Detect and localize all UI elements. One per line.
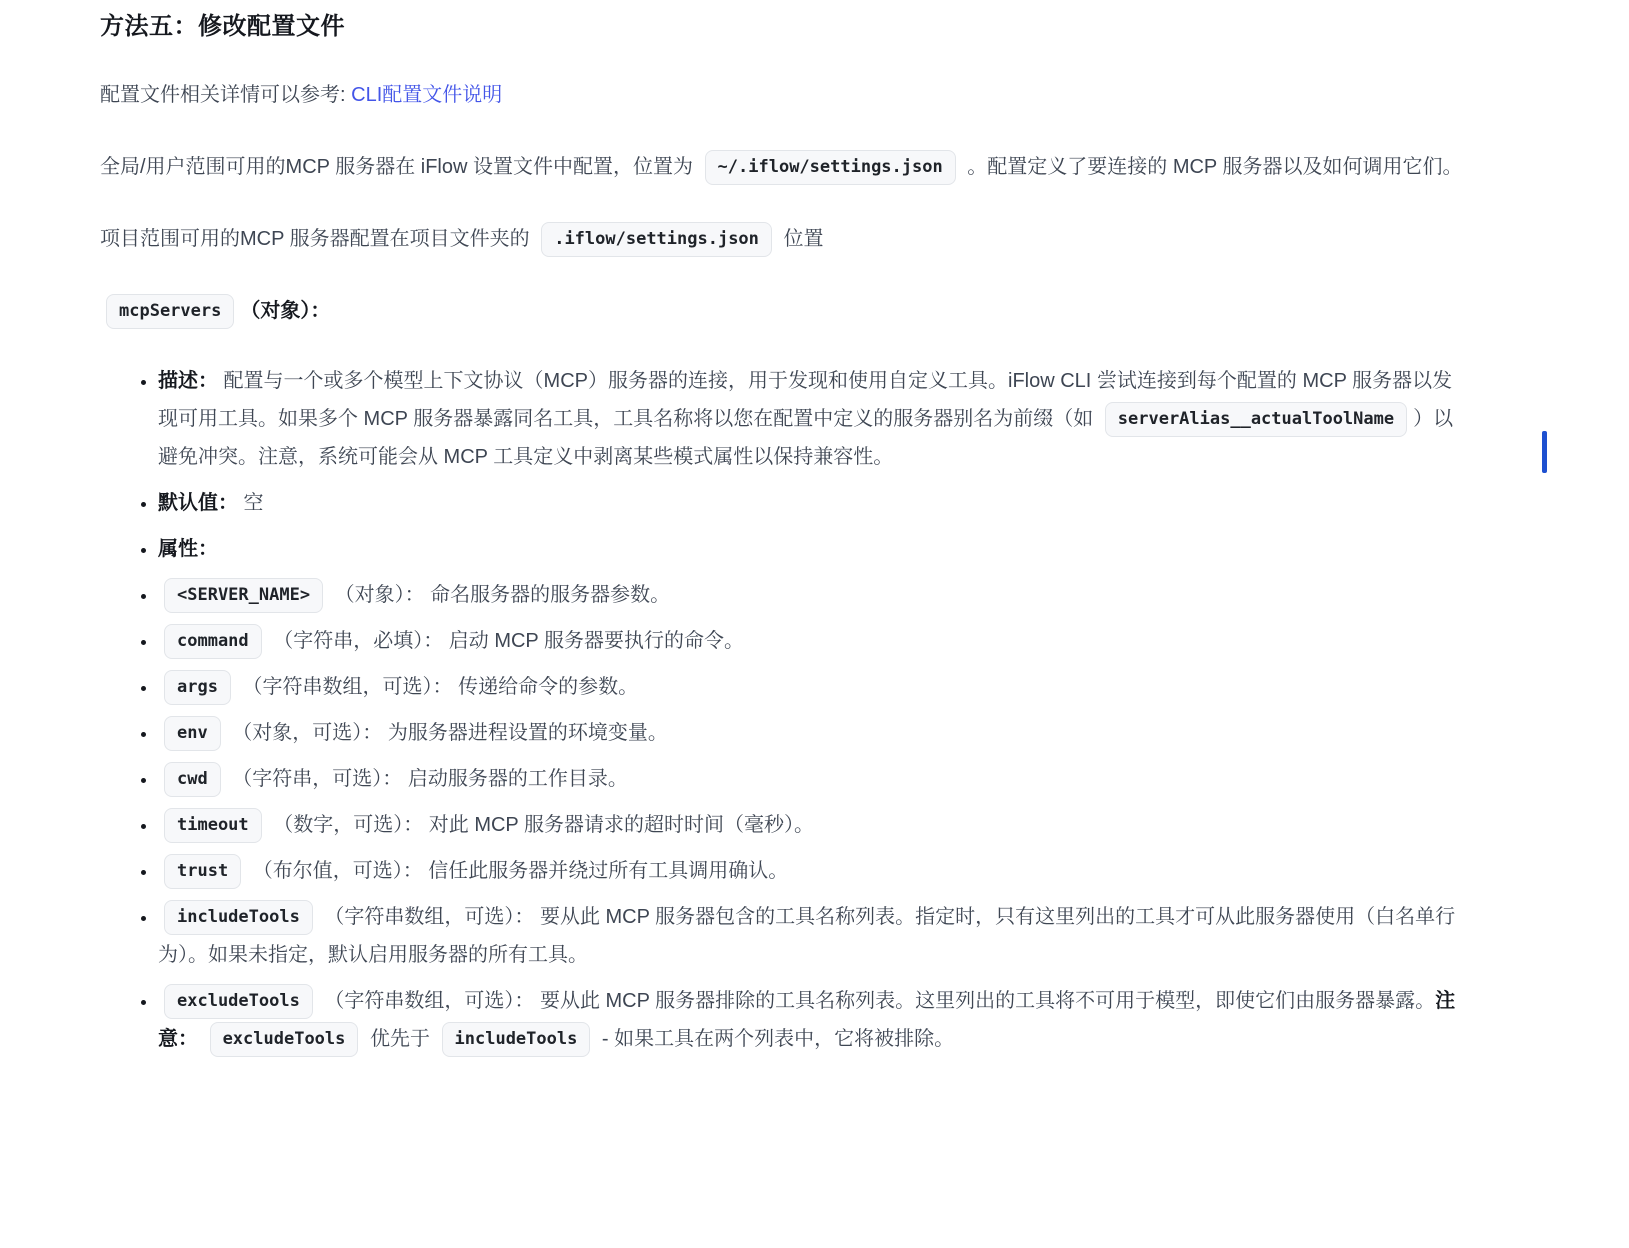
text-run: （布尔值，可选）： 信任此服务器并绕过所有工具调用确认。 [247,860,788,882]
section-heading: 方法五：修改配置文件 [100,10,1470,44]
list-item-env: env （对象，可选）： 为服务器进程设置的环境变量。 [158,714,1470,752]
text-run: （数字，可选）： 对此 MCP 服务器请求的超时时间（毫秒）。 [268,814,814,836]
doc-page: 方法五：修改配置文件 配置文件相关详情可以参考: CLI配置文件说明全局/用户范… [0,0,1629,1248]
cli-config-doc-link[interactable]: CLI配置文件说明 [351,84,502,106]
list-item-include-tools: includeTools （字符串数组，可选）： 要从此 MCP 服务器包含的工… [158,898,1470,974]
text-run: （字符串，必填）： 启动 MCP 服务器要执行的命令。 [268,630,744,652]
inline-code: excludeTools [164,984,313,1019]
inline-code: serverAlias__actualToolName [1105,402,1407,437]
list-item-cwd: cwd （字符串，可选）： 启动服务器的工作目录。 [158,760,1470,798]
bold-term: 默认值： [158,492,238,514]
inline-code: includeTools [164,900,313,935]
text-run: （字符串数组，可选）： 传递给命令的参数。 [237,676,638,698]
text-run: （对象，可选）： 为服务器进程设置的环境变量。 [227,722,668,744]
list-item-exclude-tools: excludeTools （字符串数组，可选）： 要从此 MCP 服务器排除的工… [158,982,1470,1058]
text-run: （对象）： 命名服务器的服务器参数。 [329,584,670,606]
mcpservers-properties-list: 描述： 配置与一个或多个模型上下文协议（MCP）服务器的连接，用于发现和使用自定… [100,362,1470,1058]
inline-code: .iflow/settings.json [541,222,772,257]
text-run: （字符串数组，可选）： 要从此 MCP 服务器排除的工具名称列表。这里列出的工具… [319,990,1435,1012]
bold-term: 属性： [158,538,218,560]
list-item-server-name: <SERVER_NAME> （对象）： 命名服务器的服务器参数。 [158,576,1470,614]
text-run: 优先于 [364,1028,435,1050]
text-run: - 如果工具在两个列表中，它将被排除。 [596,1028,954,1050]
inline-code: env [164,716,221,751]
inline-code: args [164,670,231,705]
inline-code: cwd [164,762,221,797]
list-item-description: 描述： 配置与一个或多个模型上下文协议（MCP）服务器的连接，用于发现和使用自定… [158,362,1470,476]
text-run: 空 [238,492,264,514]
list-item-timeout: timeout （数字，可选）： 对此 MCP 服务器请求的超时时间（毫秒）。 [158,806,1470,844]
paragraph-project-scope: 项目范围可用的MCP 服务器配置在项目文件夹的 .iflow/settings.… [100,218,1470,260]
inline-code: <SERVER_NAME> [164,578,323,613]
inline-code: excludeTools [210,1022,359,1057]
text-run [198,1028,204,1050]
bold-term: 描述： [158,370,218,392]
paragraph-config-reference: 配置文件相关详情可以参考: CLI配置文件说明 [100,74,1470,116]
inline-code: command [164,624,262,659]
doc-article: 方法五：修改配置文件 配置文件相关详情可以参考: CLI配置文件说明全局/用户范… [100,0,1470,1066]
inline-code: mcpServers [106,294,234,329]
bold-term: （对象）： [240,300,330,322]
list-item-args: args （字符串数组，可选）： 传递给命令的参数。 [158,668,1470,706]
paragraph-global-scope: 全局/用户范围可用的MCP 服务器在 iFlow 设置文件中配置，位置为 ~/.… [100,146,1470,188]
paragraph-mcpservers-term: mcpServers（对象）： [100,290,1470,332]
text-run: 配置文件相关详情可以参考: [100,84,351,106]
inline-code: timeout [164,808,262,843]
text-run: 位置 [778,228,824,250]
text-run: （字符串数组，可选）： 要从此 MCP 服务器包含的工具名称列表。指定时，只有这… [158,906,1455,966]
list-item-trust: trust （布尔值，可选）： 信任此服务器并绕过所有工具调用确认。 [158,852,1470,890]
inline-code: ~/.iflow/settings.json [705,150,956,185]
scrollbar-thumb[interactable] [1542,431,1547,473]
text-run: 项目范围可用的MCP 服务器配置在项目文件夹的 [100,228,535,250]
list-item-default-value: 默认值： 空 [158,484,1470,522]
text-run: 全局/用户范围可用的MCP 服务器在 iFlow 设置文件中配置，位置为 [100,156,699,178]
inline-code: includeTools [442,1022,591,1057]
list-item-properties: 属性： [158,530,1470,568]
list-item-command: command （字符串，必填）： 启动 MCP 服务器要执行的命令。 [158,622,1470,660]
text-run: （字符串，可选）： 启动服务器的工作目录。 [227,768,628,790]
inline-code: trust [164,854,241,889]
text-run: 。配置定义了要连接的 MCP 服务器以及如何调用它们。 [962,156,1463,178]
